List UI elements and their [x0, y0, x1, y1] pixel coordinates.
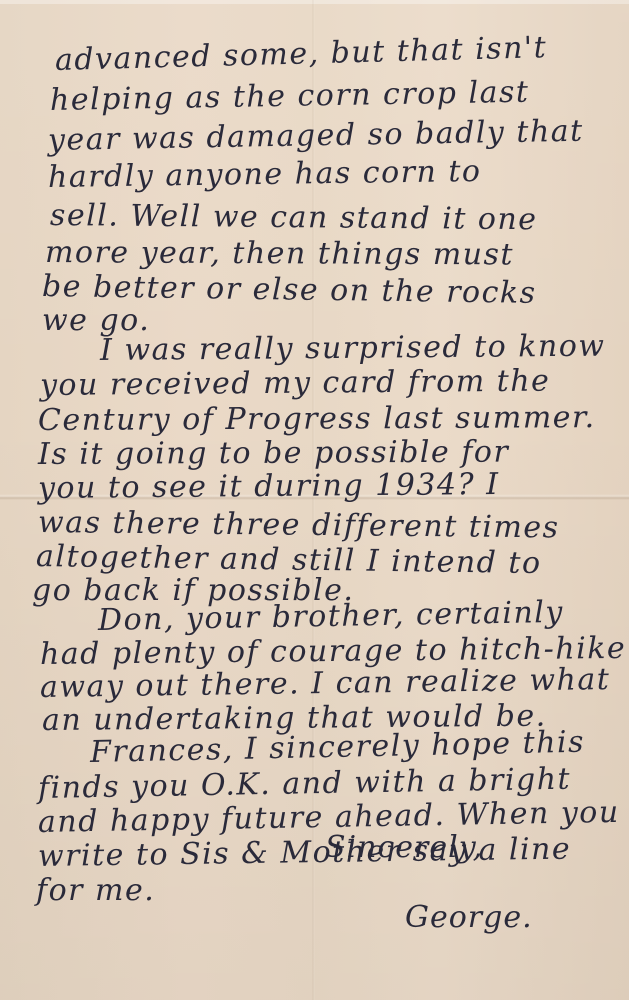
- letter-line: for me.: [36, 876, 155, 906]
- letter-signature: George.: [405, 900, 533, 935]
- letter-line: Century of Progress last summer.: [38, 403, 596, 436]
- letter-page: advanced some, but that isn't helping as…: [0, 0, 629, 1000]
- letter-line: was there three different times: [38, 508, 560, 543]
- letter-line: year was damaged so badly that: [48, 117, 584, 156]
- letter-line: advanced some, but that isn't: [55, 33, 548, 76]
- letter-line: helping as the corn crop last: [50, 78, 530, 116]
- letter-line: Don, your brother, certainly: [98, 598, 564, 636]
- letter-line: away out there. I can realize what: [40, 665, 611, 703]
- letter-closing: Sincerely,: [325, 830, 483, 865]
- letter-line: you received my card from the: [40, 367, 551, 401]
- letter-line: Is it going to be possible for: [38, 438, 509, 470]
- letter-line: I was really surprised to know: [100, 332, 606, 366]
- letter-line: more year, then things must: [45, 238, 514, 270]
- letter-line: we go.: [42, 306, 150, 336]
- letter-line: sell. Well we can stand it one: [50, 201, 538, 235]
- letter-line: you to see it during 1934? I: [38, 470, 500, 504]
- letter-line: hardly anyone has corn to: [48, 157, 482, 193]
- letter-line: write to Sis & Mother say a line: [38, 835, 572, 872]
